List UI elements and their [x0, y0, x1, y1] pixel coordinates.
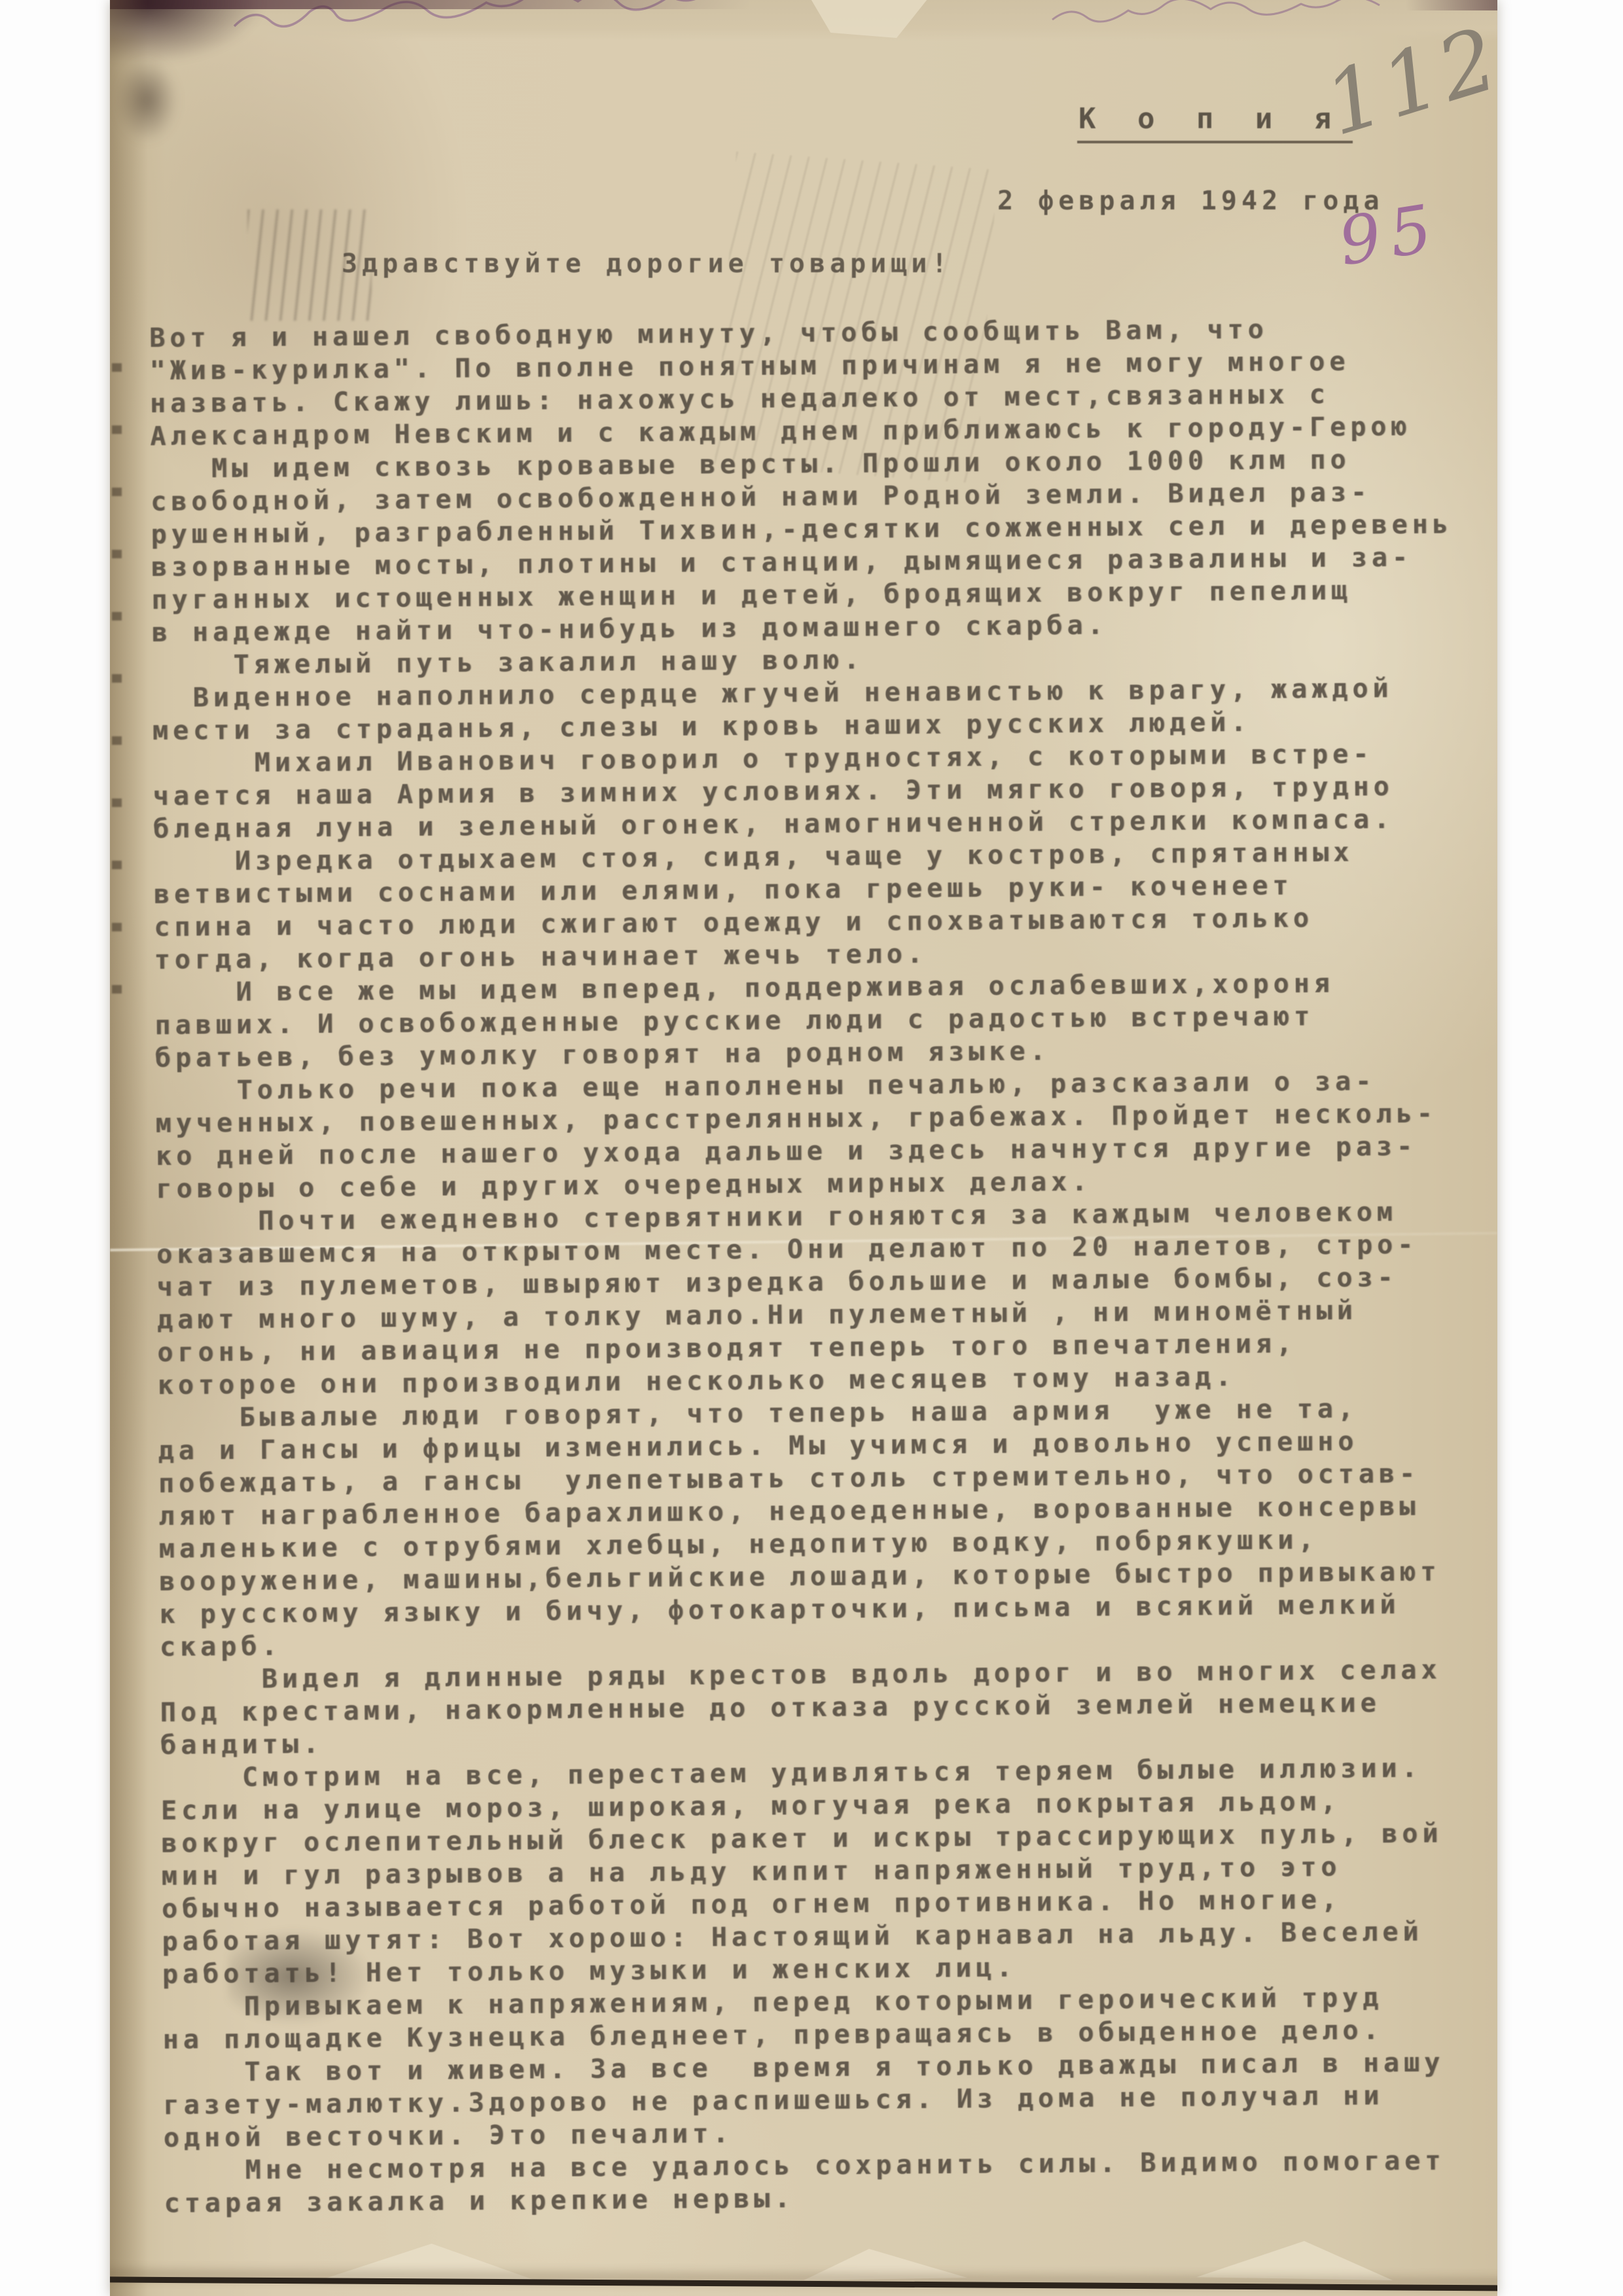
paper-tear [1196, 2241, 1393, 2280]
bottom-edge-line [110, 2276, 1497, 2291]
salutation: Здравствуйте дорогие товарищи! [342, 249, 952, 279]
page-paper: К о п и я 2 февраля 1942 года 112 95 Здр… [110, 0, 1497, 2296]
copy-label: К о п и я [1077, 102, 1353, 143]
ink-page-number: 95 [1334, 189, 1446, 281]
top-edge-shadow-right [1406, 0, 1497, 10]
scan-root: { "meta": { "description": "Archival sca… [0, 0, 1623, 2296]
paper-tear [804, 2249, 967, 2280]
letter-body: Вот я и нашел свободную минуту, чтобы со… [149, 311, 1497, 2220]
binding-ticks [112, 363, 122, 1005]
paper-tear [319, 2244, 535, 2280]
date-line: 2 февраля 1942 года [997, 186, 1384, 216]
binding-edge-shadow [110, 0, 148, 2296]
